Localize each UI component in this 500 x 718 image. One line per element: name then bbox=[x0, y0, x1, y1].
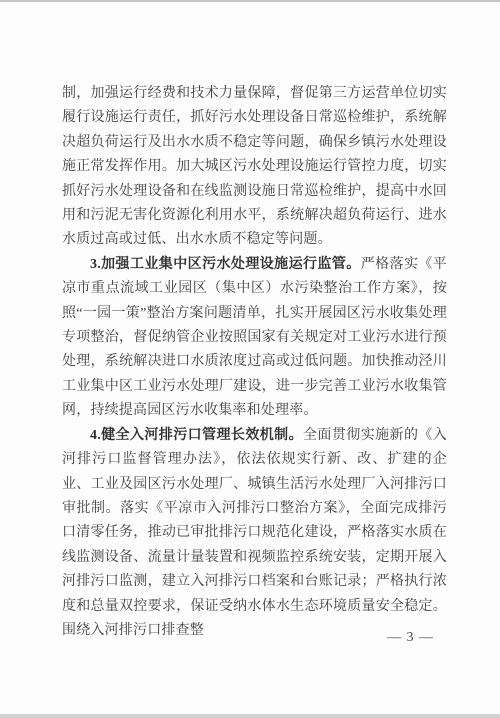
paragraph-text: 严格落实《平凉市重点流域工业园区（集中区）水污染整治工作方案》，按照“一园一策”… bbox=[62, 257, 447, 418]
page-number: — 3 — bbox=[387, 630, 434, 646]
paragraph-continuation: 制，加强运行经费和技术力量保障，督促第三方运营单位切实履行设施运行责任，抓好污水… bbox=[62, 82, 447, 253]
paragraph-text: 全面贯彻实施新的《入河排污口监督管理办法》，依法依规实行新、改、扩建的企业、工业… bbox=[62, 428, 447, 638]
scan-edge-top bbox=[0, 0, 500, 2]
scanned-document-page: 制，加强运行经费和技术力量保障，督促第三方运营单位切实履行设施运行责任，抓好污水… bbox=[0, 0, 500, 718]
scan-edge-bottom bbox=[0, 714, 500, 718]
paragraph-heading: 3.加强工业集中区污水处理设施运行监管。 bbox=[90, 257, 361, 272]
paragraph-heading: 4.健全入河排污口管理长效机制。 bbox=[90, 428, 303, 443]
document-body: 制，加强运行经费和技术力量保障，督促第三方运营单位切实履行设施运行责任，抓好污水… bbox=[62, 82, 447, 643]
paragraph-text: 制，加强运行经费和技术力量保障，督促第三方运营单位切实履行设施运行责任，抓好污水… bbox=[62, 86, 447, 247]
paragraph-item-4: 4.健全入河排污口管理长效机制。全面贯彻实施新的《入河排污口监督管理办法》，依法… bbox=[62, 424, 447, 644]
paragraph-item-3: 3.加强工业集中区污水处理设施运行监管。严格落实《平凉市重点流域工业园区（集中区… bbox=[62, 253, 447, 424]
